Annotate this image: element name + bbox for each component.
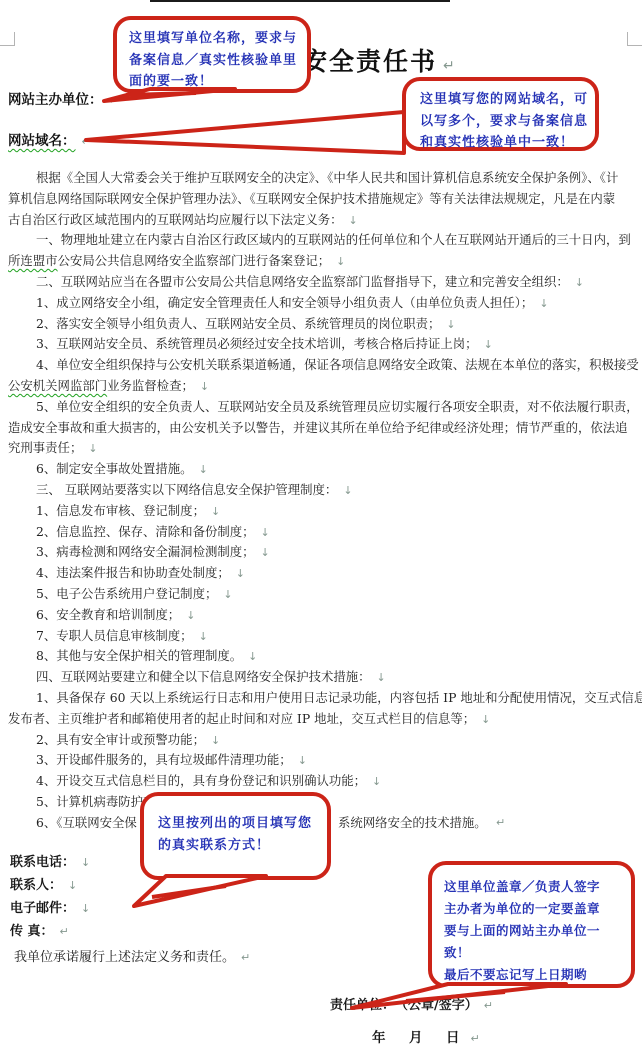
callout-text-line: 以写多个，要求与备案信息	[420, 111, 587, 133]
text-line: 5、单位安全组织的安全负责人、互联网站安全员及系统管理员应切实履行各项安全职责，…	[8, 397, 640, 418]
annotation-callout-unit-name: 这里填写单位名称，要求与备案信息／真实性核验单里面的要一致！	[113, 16, 311, 93]
paragraph-mark: ↓	[255, 546, 270, 559]
text-line: 2、落实安全领导小组负责人、互联网站安全员、系统管理员的岗位职责；↓	[8, 314, 640, 335]
text-line: 四、互联网站要建立和健全以下信息网络安全保护技术措施：↓	[8, 667, 640, 688]
page-title-text: 安全责任书	[302, 47, 437, 76]
paragraph-mark: ↓	[194, 380, 209, 393]
text-segment: 4、单位安全组织保持与公安机关联系渠道畅通，保证各项信息网络安全政策、法规在本单…	[36, 357, 639, 372]
text-line: 电子邮件：↓	[10, 897, 90, 920]
paragraph-mark: ↓	[292, 754, 307, 767]
text-line: 根据《全国人大常委会关于维护互联网安全的决定》、《中华人民共和国计算机信息系统安…	[8, 168, 640, 189]
text-line: 5、电子公告系统用户登记制度；↓	[8, 584, 640, 605]
paragraph-mark: ↵	[490, 813, 505, 834]
field-site-organizer: 网站主办单位：↵	[8, 88, 118, 108]
text-segment: 公安局公共信息网络安全监察部门进行备案登记；	[58, 253, 331, 268]
text-segment: 业务监督检查；	[107, 378, 194, 393]
paragraph-mark: ↓	[205, 734, 220, 747]
paragraph-mark: ↓	[242, 650, 257, 663]
text-boundary-mark-left	[0, 32, 15, 46]
annotation-callout-seal: 这里单位盖章／负责人签字主办者为单位的一定要盖章要与上面的网站主办单位一致！最后…	[428, 861, 635, 988]
paragraph-mark: ↵	[54, 925, 69, 938]
text-line: 1、具备保存 60 天以上系统运行日志和用户使用日志记录功能，内容包括 IP 地…	[8, 688, 640, 709]
text-line: 4、单位安全组织保持与公安机关联系渠道畅通，保证各项信息网络安全政策、法规在本单…	[8, 355, 640, 376]
text-segment: 5、单位安全组织的安全负责人、互联网站安全员及系统管理员应切实履行各项安全职责，…	[36, 399, 639, 414]
text-segment: 年 月 日	[372, 1030, 465, 1046]
paragraph-mark: ↓	[255, 526, 270, 539]
text-boundary-mark-right	[627, 32, 642, 46]
text-segment: 电子邮件：	[10, 901, 75, 916]
paragraph-mark: ↓	[475, 713, 490, 726]
text-line: 1、信息发布审核、登记制度；↓	[8, 501, 640, 522]
paragraph-mark: ↓	[440, 318, 455, 331]
text-line: 2、具有安全审计或预警功能；↓	[8, 730, 640, 751]
paragraph-mark: ↓	[478, 338, 493, 351]
text-segment: 二、互联网站应当在各盟市公安局公共信息网络安全监察部门监督指导下，建立和完善安全…	[36, 274, 569, 289]
text-line: 所连盟市公安局公共信息网络安全监察部门进行备案登记；↓	[8, 251, 640, 272]
callout-text-line: 这里单位盖章／负责人签字	[444, 876, 623, 898]
text-line: 3、互联网站安全员、系统管理员必须经过安全技术培训，考核合格后持证上岗；↓	[8, 334, 640, 355]
annotation-callout-domain: 这里填写您的网站域名，可以写多个，要求与备案信息和真实性核验单中一致！	[402, 77, 599, 151]
text-line: 3、开设邮件服务的，具有垃圾邮件清理功能；↓	[8, 750, 640, 771]
field-site-domain-label: 网站域名：	[8, 133, 76, 149]
text-segment: 究刑事责任；	[8, 440, 82, 455]
text-line: 传 真：↵	[10, 920, 90, 943]
text-segment: 4、违法案件报告和协助查处制度；	[36, 565, 230, 580]
commitment-line: 我单位承诺履行上述法定义务和责任。↵	[14, 948, 250, 968]
paragraph-mark: ↓	[193, 630, 208, 643]
text-segment: 7、专职人员信息审核制度；	[36, 628, 193, 643]
text-line: 1、成立网络安全小组，确定安全管理责任人和安全领导小组负责人（由单位负责人担任）…	[8, 293, 640, 314]
annotation-callout-contact: 这里按列出的项目填写您的真实联系方式！	[140, 792, 331, 880]
paragraph-mark: ↓	[217, 588, 232, 601]
text-line: 造成安全事故和重大损害的，由公安机关予以警告，并建议其所在单位给予纪律或经济处理…	[8, 418, 640, 439]
paragraph-mark: ↵	[437, 58, 457, 74]
paragraph-mark: ↓	[337, 484, 352, 497]
field-site-organizer-label: 网站主办单位：	[8, 92, 103, 108]
paragraph-mark: ↓	[569, 276, 584, 289]
text-segment: 责任单位： （公章/签字）	[330, 998, 478, 1013]
paragraph-mark: ↓	[371, 671, 386, 684]
text-segment: 6、制定安全事故处置措施。	[36, 461, 193, 476]
text-line: 3、病毒检测和网络安全漏洞检测制度；↓	[8, 542, 640, 563]
paragraph-mark: ↓	[205, 505, 220, 518]
text-segment: 根据《全国人大常委会关于维护互联网安全的决定》、《中华人民共和国计算机信息系统安…	[36, 170, 618, 185]
callout-text-line: 要与上面的网站主办单位一	[444, 920, 623, 942]
paragraph-mark: ↵	[76, 135, 91, 148]
callout-text-line: 这里填写单位名称，要求与	[129, 28, 299, 50]
callout-arrow-domain	[86, 112, 404, 153]
paragraph-mark: ↓	[75, 902, 90, 915]
callout-text-line: 致！	[444, 942, 623, 964]
text-line: 发布者、主页维护者和邮箱使用者的起止时间和对应 IP 地址，交互式栏目的信息等；…	[8, 709, 640, 730]
document-body: 根据《全国人大常委会关于维护互联网安全的决定》、《中华人民共和国计算机信息系统安…	[8, 168, 640, 834]
text-segment: 发布者、主页维护者和邮箱使用者的起止时间和对应 IP 地址，交互式栏目的信息等；	[8, 711, 475, 726]
text-line: 联系人：↓	[10, 874, 90, 897]
paragraph-mark: ↓	[330, 255, 345, 268]
text-line: 公安机关网监部门业务监督检查；↓	[8, 376, 640, 397]
text-segment: 5、电子公告系统用户登记制度；	[36, 586, 217, 601]
text-segment: 1、具备保存 60 天以上系统运行日志和用户使用日志记录功能，内容包括 IP 地…	[36, 690, 642, 705]
text-segment: 2、落实安全领导小组负责人、互联网站安全员、系统管理员的岗位职责；	[36, 316, 440, 331]
text-segment: 古自治区行政区域范围内的互联网站均应履行以下法定义务：	[8, 212, 343, 227]
callout-text-line: 面的要一致！	[129, 71, 299, 93]
callout-text-line: 备案信息／真实性核验单里	[129, 50, 299, 72]
text-segment: 8、其他与安全保护相关的管理制度。	[36, 648, 242, 663]
callout-text-line: 这里填写您的网站域名，可	[420, 89, 587, 111]
text-segment: 6、《互联网安全保	[36, 815, 137, 830]
paragraph-mark: ↓	[343, 214, 358, 227]
paragraph-mark: ↓	[230, 567, 245, 580]
paragraph-mark: ↓	[180, 609, 195, 622]
text-segment: 6、安全教育和培训制度；	[36, 607, 180, 622]
text-line: 6、安全教育和培训制度；↓	[8, 605, 640, 626]
text-line: 8、其他与安全保护相关的管理制度。↓	[8, 646, 640, 667]
text-line: 三、 互联网站要落实以下网络信息安全保护管理制度：↓	[8, 480, 640, 501]
text-line: 算机信息网络国际联网安全保护管理办法》、《互联网安全保护技术措施规定》等有关法律…	[8, 189, 640, 210]
text-segment: 三、 互联网站要落实以下网络信息安全保护管理制度：	[36, 482, 337, 497]
text-line: 责任单位： （公章/签字）↵	[330, 996, 493, 1016]
scan-artifact-line	[150, 0, 450, 2]
page-title: 安全责任书↵	[302, 42, 457, 78]
text-segment: 一、物理地址建立在内蒙古自治区行政区域内的互联网站的任何单位和个人在互联网站开通…	[36, 232, 631, 247]
callout-arrow-contact-kink	[152, 886, 226, 897]
document-page: 安全责任书↵ 网站主办单位：↵ 网站域名：↵ 根据《全国人大常委会关于维护互联网…	[0, 0, 642, 1053]
text-line: 联系电话：↓	[10, 851, 90, 874]
text-line: 6、制定安全事故处置措施。↓	[8, 459, 640, 480]
paragraph-mark: ↵	[478, 999, 493, 1012]
text-segment: 四、互联网站要建立和健全以下信息网络安全保护技术措施：	[36, 669, 371, 684]
text-line: 7、专职人员信息审核制度；↓	[8, 626, 640, 647]
text-line: 4、违法案件报告和协助查处制度；↓	[8, 563, 640, 584]
callout-text-line: 和真实性核验单中一致！	[420, 132, 587, 154]
date-line: 年 月 日↵	[372, 1028, 485, 1048]
callout-text-line: 的真实联系方式！	[158, 835, 319, 857]
paragraph-mark: ↓	[366, 775, 381, 788]
paragraph-mark: ↓	[82, 442, 97, 455]
text-line: 一、物理地址建立在内蒙古自治区行政区域内的互联网站的任何单位和个人在互联网站开通…	[8, 230, 640, 251]
text-line: 二、互联网站应当在各盟市公安局公共信息网络安全监察部门监督指导下，建立和完善安全…	[8, 272, 640, 293]
text-segment: 所连盟市	[8, 253, 58, 268]
text-segment: 传 真：	[10, 924, 54, 939]
text-line: 我单位承诺履行上述法定义务和责任。↵	[14, 948, 250, 968]
paragraph-mark: ↓	[193, 463, 208, 476]
text-segment: 2、具有安全审计或预警功能；	[36, 732, 205, 747]
text-segment: 联系人：	[10, 878, 62, 893]
text-segment: 1、信息发布审核、登记制度；	[36, 503, 205, 518]
text-segment: 系统网络安全的技术措施。	[338, 813, 487, 834]
paragraph-mark: ↓	[75, 856, 90, 869]
paragraph-mark: ↵	[103, 94, 118, 107]
field-site-domain: 网站域名：↵	[8, 129, 91, 149]
text-segment: 3、病毒检测和网络安全漏洞检测制度；	[36, 544, 255, 559]
paragraph-mark: ↵	[465, 1032, 485, 1045]
contact-fields: 联系电话：↓联系人：↓电子邮件：↓传 真：↵	[10, 851, 90, 943]
text-segment: 3、开设邮件服务的，具有垃圾邮件清理功能；	[36, 752, 292, 767]
callout-arrow-contact	[134, 876, 266, 906]
text-line: 究刑事责任；↓	[8, 438, 640, 459]
callout-text-line: 这里按列出的项目填写您	[158, 813, 319, 835]
callout-arrow-unit-name-kink	[126, 93, 196, 95]
callout-text-line: 最后不要忘记写上日期哟	[444, 964, 623, 986]
responsible-unit-line: 责任单位： （公章/签字）↵	[330, 996, 493, 1016]
text-segment: 公安机关网监部门	[8, 378, 107, 393]
text-line: 4、开设交互式信息栏目的，具有身份登记和识别确认功能；↓	[8, 771, 640, 792]
text-segment: 算机信息网络国际联网安全保护管理办法》、《互联网安全保护技术措施规定》等有关法律…	[8, 191, 615, 206]
paragraph-mark: ↵	[235, 951, 250, 964]
text-line: 年 月 日↵	[372, 1028, 485, 1048]
text-segment: 联系电话：	[10, 855, 75, 870]
text-segment: 1、成立网络安全小组，确定安全管理责任人和安全领导小组负责人（由单位负责人担任）…	[36, 295, 533, 310]
text-segment: 2、信息监控、保存、清除和备份制度；	[36, 524, 255, 539]
text-line: 2、信息监控、保存、清除和备份制度；↓	[8, 522, 640, 543]
paragraph-mark: ↓	[533, 297, 548, 310]
paragraph-mark: ↓	[62, 879, 77, 892]
text-segment: 3、互联网站安全员、系统管理员必须经过安全技术培训，考核合格后持证上岗；	[36, 336, 478, 351]
text-segment: 4、开设交互式信息栏目的，具有身份登记和识别确认功能；	[36, 773, 366, 788]
text-segment: 我单位承诺履行上述法定义务和责任。	[14, 950, 235, 965]
text-line: 古自治区行政区域范围内的互联网站均应履行以下法定义务：↓	[8, 210, 640, 231]
callout-text-line: 主办者为单位的一定要盖章	[444, 898, 623, 920]
text-segment: 造成安全事故和重大损害的，由公安机关予以警告，并建议其所在单位给予纪律或经济处理…	[8, 420, 628, 435]
